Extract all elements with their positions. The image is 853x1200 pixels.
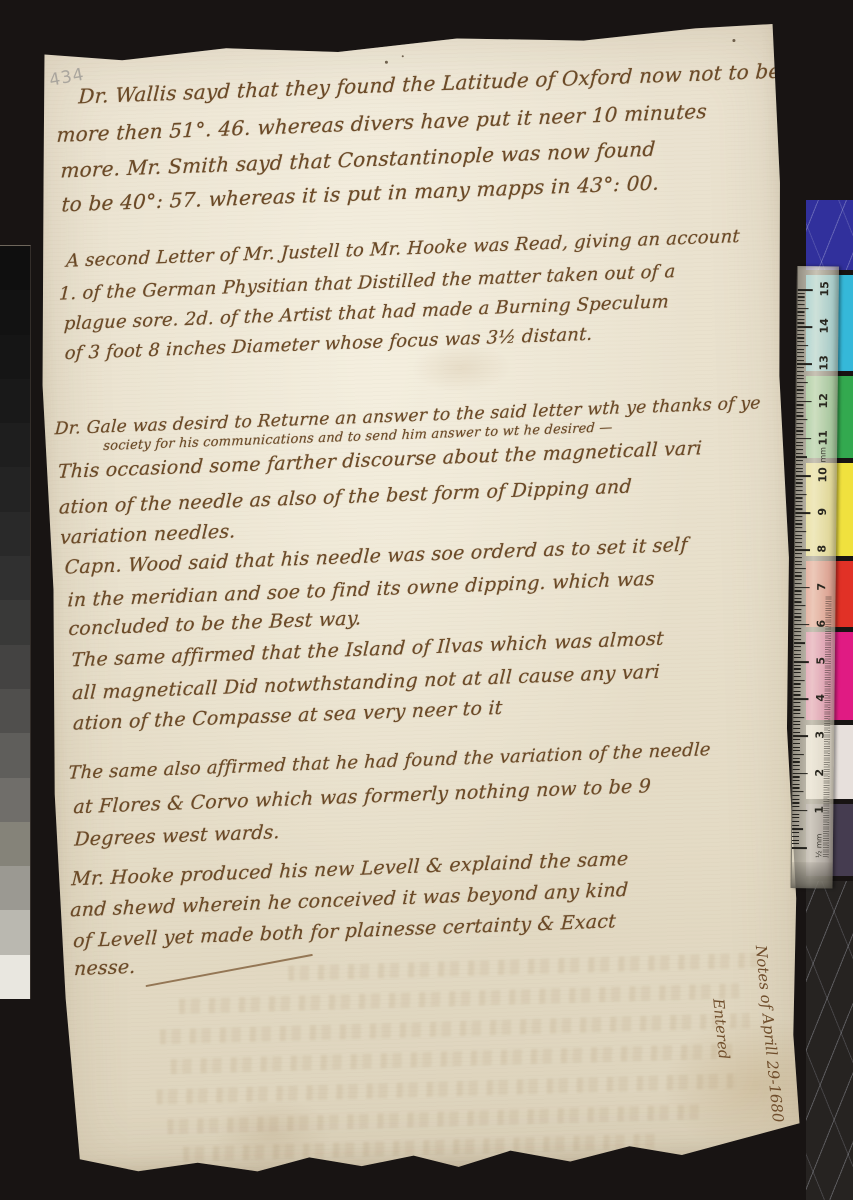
ruler-tick	[795, 590, 802, 591]
ruler-tick	[793, 724, 800, 725]
ruler-tick	[792, 836, 799, 837]
manuscript-page: 434 Dr. Wallis sayd that they found the …	[32, 24, 808, 1180]
ruler-tick	[796, 497, 803, 498]
ruler-tick	[797, 360, 804, 361]
ruler-tick	[796, 482, 803, 483]
grayscale-step	[0, 379, 30, 423]
verso-show-through	[167, 1104, 707, 1134]
ruler-tick	[797, 401, 812, 403]
ruler-tick	[797, 378, 804, 379]
ruler-tick	[796, 419, 807, 420]
ruler-tick	[794, 646, 801, 647]
manuscript-line: variation needles.	[59, 520, 236, 548]
grayscale-step	[0, 955, 30, 999]
endorsement-entered: Entered	[709, 998, 733, 1061]
ruler: 151413121110987654321mm½ mm	[790, 266, 839, 888]
ruler-tick	[793, 698, 808, 700]
ruler-tick	[794, 650, 801, 651]
ruler-tick	[798, 308, 809, 309]
ruler-tick	[794, 601, 801, 602]
ruler-tick	[793, 761, 800, 762]
ruler-tick	[792, 828, 803, 829]
ruler-tick	[793, 717, 804, 718]
ruler-tick	[797, 386, 804, 387]
grayscale-step	[0, 467, 30, 511]
manuscript-line: concluded to be the Best way.	[68, 607, 362, 640]
ruler-cm-label: 12	[817, 388, 830, 412]
ruler-tick	[796, 453, 803, 454]
ruler-tick	[797, 334, 804, 335]
ruler-tick	[794, 657, 801, 658]
ruler-tick	[793, 713, 800, 714]
ink-speck	[385, 61, 388, 64]
ruler-tick	[795, 512, 810, 514]
grayscale-step	[0, 866, 30, 910]
ruler-tick	[796, 471, 803, 472]
color-patch-blue	[806, 200, 853, 270]
ruler-tick	[793, 706, 800, 707]
ruler-tick	[793, 735, 808, 737]
ruler-tick	[796, 430, 803, 431]
ruler-tick	[797, 371, 804, 372]
manuscript-line: at Flores & Corvo which was formerly not…	[73, 775, 652, 818]
grayscale-step	[0, 556, 30, 600]
verso-show-through	[157, 1073, 737, 1104]
ruler-tick	[795, 531, 806, 532]
ruler-tick	[795, 527, 802, 528]
ruler-tick	[797, 337, 804, 338]
grayscale-step	[0, 600, 30, 644]
ruler-tick	[794, 642, 805, 643]
ruler-tick	[795, 520, 802, 521]
ruler-cm-label: 15	[818, 277, 831, 301]
ruler-tick	[798, 311, 805, 312]
ruler-tick	[794, 620, 801, 621]
ruler-tick	[793, 743, 800, 744]
ruler-tick	[794, 624, 809, 626]
ruler-tick	[794, 668, 801, 669]
ruler-tick	[797, 352, 804, 353]
ruler-tick	[794, 639, 801, 640]
ruler-tick	[792, 806, 799, 807]
ruler-tick	[793, 728, 800, 729]
grayscale-step	[0, 512, 30, 556]
ruler-tick	[792, 813, 799, 814]
ruler-tick	[796, 427, 803, 428]
ruler-tick	[797, 367, 804, 368]
ruler-tick	[793, 739, 800, 740]
ruler-tick	[794, 680, 805, 681]
paper-stain	[212, 1097, 334, 1170]
ruler-tick	[796, 464, 803, 465]
ruler-tick	[794, 631, 801, 632]
ruler-tick	[797, 408, 804, 409]
ruler-tick	[796, 494, 807, 495]
ruler-tick	[794, 609, 801, 610]
ruler-tick	[795, 564, 802, 565]
ruler-tick	[796, 445, 803, 446]
ruler-tick	[794, 605, 805, 606]
grayscale-step	[0, 645, 30, 689]
ruler-tick	[795, 508, 802, 509]
ink-speck	[402, 55, 404, 57]
ruler-tick	[795, 594, 802, 595]
ruler-tick	[797, 389, 804, 390]
ruler-tick	[794, 628, 801, 629]
color-patch-film	[806, 881, 853, 1200]
ruler-tick	[795, 579, 802, 580]
ruler-tick	[796, 475, 811, 477]
ruler-tick	[793, 721, 800, 722]
verso-show-through	[183, 1133, 663, 1161]
ruler-tick	[795, 523, 802, 524]
ruler-tick	[796, 449, 803, 450]
ruler-tick	[793, 784, 800, 785]
ruler-tick	[797, 393, 804, 394]
ruler-tick	[796, 434, 803, 435]
ruler-tick	[794, 676, 801, 677]
ruler-tick	[796, 460, 803, 461]
manuscript-line: nesse.	[74, 956, 137, 980]
ruler-tick	[795, 553, 802, 554]
grayscale-step	[0, 689, 30, 733]
ruler-tick	[793, 732, 800, 733]
ruler-tick	[796, 438, 811, 440]
ruler-tick	[795, 538, 802, 539]
ruler-tick	[795, 575, 802, 576]
endorsement-date: Notes of Aprill 29-1680	[752, 944, 787, 1123]
ruler-tick	[796, 501, 803, 502]
ruler-tick	[794, 661, 809, 663]
grayscale-step	[0, 822, 30, 866]
ruler-tick	[797, 397, 804, 398]
ruler-tick	[793, 754, 804, 755]
verso-show-through	[160, 1013, 750, 1044]
grayscale-step	[0, 733, 30, 777]
ink-speck	[732, 39, 735, 42]
ruler-tick	[796, 423, 803, 424]
ruler-tick	[796, 490, 803, 491]
ruler-tick	[797, 315, 804, 316]
ruler-tick	[796, 486, 803, 487]
ruler-tick	[795, 583, 802, 584]
ruler-cm-label: 14	[818, 314, 831, 338]
ruler-tick	[798, 304, 805, 305]
grayscale-wedge	[0, 245, 31, 999]
ruler-tick	[793, 769, 800, 770]
ruler-tick	[792, 825, 799, 826]
ruler-tick	[796, 479, 803, 480]
verso-show-through	[179, 983, 739, 1014]
ruler-tick	[795, 568, 806, 569]
ruler-tick	[797, 326, 812, 328]
ruler-tick	[793, 709, 800, 710]
ruler-tick	[792, 795, 799, 796]
ruler-tick	[795, 546, 802, 547]
ruler-tick	[792, 802, 799, 803]
ruler-tick	[792, 817, 799, 818]
ruler-tick	[795, 587, 810, 589]
grayscale-step	[0, 335, 30, 379]
ruler-cm-label: 13	[817, 351, 830, 375]
ruler-tick	[794, 691, 801, 692]
ruler-cm-label: 7	[815, 574, 828, 598]
ruler-tick	[794, 683, 801, 684]
ruler-tick	[794, 687, 801, 688]
ruler-tick	[794, 616, 801, 617]
ruler-tick	[796, 456, 807, 457]
verso-show-through	[171, 1043, 741, 1074]
ruler-tick	[793, 773, 808, 775]
ruler-tick	[795, 572, 802, 573]
ruler-tick	[793, 765, 800, 766]
ruler-tick	[794, 694, 801, 695]
ruler-tick	[795, 535, 802, 536]
manuscript-line: Degrees west wards.	[74, 821, 281, 851]
ruler-cm-label: 9	[816, 500, 829, 524]
ruler-tick	[796, 442, 803, 443]
ruler-tick	[797, 356, 804, 357]
ruler-tick	[795, 516, 802, 517]
ruler-tick	[792, 840, 799, 841]
ruler-tick	[798, 300, 805, 301]
grayscale-step	[0, 246, 30, 290]
pen-flourish	[145, 954, 312, 987]
ruler-tick	[793, 780, 800, 781]
ruler-tick	[794, 613, 801, 614]
ruler-tick	[797, 375, 804, 376]
archival-photo-canvas: { "manuscript": { "pencil_number": "434"…	[0, 0, 853, 1200]
ruler-tick	[798, 293, 805, 294]
ruler-tick	[796, 415, 803, 416]
ruler-tick	[797, 345, 808, 346]
ruler-tick	[797, 330, 804, 331]
ruler-tick	[793, 776, 800, 777]
ruler-tick	[795, 561, 802, 562]
ruler-tick	[793, 747, 800, 748]
ruler-tick	[795, 598, 802, 599]
ruler-tick	[796, 412, 803, 413]
ruler-tick	[797, 404, 804, 405]
grayscale-step	[0, 910, 30, 954]
ruler-tick	[792, 821, 799, 822]
ruler-tick	[793, 758, 800, 759]
ruler-tick	[793, 702, 800, 703]
ruler-tick	[797, 363, 812, 365]
verso-show-through	[288, 953, 758, 981]
ruler-tick	[792, 799, 799, 800]
grayscale-step	[0, 778, 30, 822]
ruler-tick	[793, 750, 800, 751]
ruler-tick	[792, 847, 807, 849]
ruler-tick	[795, 557, 802, 558]
ruler-tick	[798, 296, 805, 297]
ruler-tick	[794, 654, 801, 655]
ruler-unit-label: mm	[818, 443, 827, 467]
grayscale-step	[0, 423, 30, 467]
ruler-tick	[797, 382, 808, 383]
ruler-tick	[795, 549, 810, 551]
ruler-tick	[796, 468, 803, 469]
manuscript-line: ation of the Compasse at sea very neer t…	[73, 697, 504, 735]
ruler-tick	[792, 791, 803, 792]
ruler-tick	[795, 542, 802, 543]
ruler-tick	[797, 322, 804, 323]
ruler-tick	[798, 289, 813, 291]
ruler-tick	[797, 341, 804, 342]
ruler-tick	[797, 319, 804, 320]
ruler-tick	[794, 665, 801, 666]
ruler-cm-label: 8	[815, 537, 828, 561]
ruler-tick	[794, 635, 801, 636]
ruler-tick	[792, 810, 807, 812]
ruler-tick	[795, 505, 802, 506]
ruler-tick	[792, 832, 799, 833]
ruler-tick	[792, 843, 799, 844]
grayscale-step	[0, 290, 30, 334]
manuscript-line: ation of the needle as also of the best …	[58, 476, 632, 519]
ruler-tick	[794, 672, 801, 673]
ruler-tick	[793, 787, 800, 788]
ruler-tick	[797, 349, 804, 350]
